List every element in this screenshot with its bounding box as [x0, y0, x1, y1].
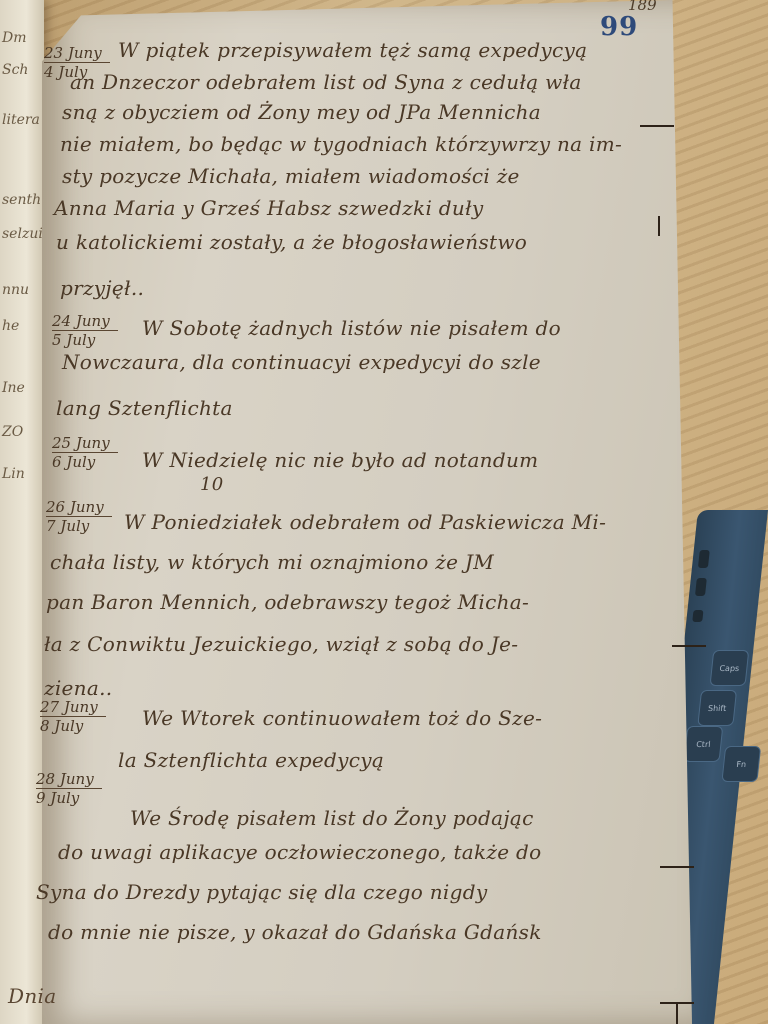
entry-date: 26 Juny 7 July	[46, 498, 112, 535]
left-page-fragment: Dm	[2, 30, 27, 46]
left-page-fragment: he	[2, 318, 19, 334]
key-shift: Shift	[697, 690, 737, 726]
manuscript-line: ziena..	[44, 676, 112, 700]
margin-dash-mark	[640, 125, 674, 127]
date-new-style: 7 July	[46, 517, 112, 535]
usb-c-port-icon	[692, 610, 703, 622]
manuscript-line: nie miałem, bo będąc w tygodniach którzy…	[60, 132, 622, 156]
usb-port-icon	[698, 550, 710, 568]
manuscript-line: an Dnzeczor odebrałem list od Syna z ced…	[70, 70, 582, 94]
entry-date: 24 Juny 5 July	[52, 312, 118, 349]
manuscript-line: W Niedzielę nic nie było ad notandum	[142, 448, 538, 472]
key-ctrl: Ctrl	[684, 726, 724, 762]
date-new-style: 5 July	[52, 331, 118, 349]
date-old-style: 26 Juny	[46, 498, 112, 517]
manuscript-line: pan Baron Mennich, odebrawszy tegoż Mich…	[46, 590, 529, 614]
manuscript-line: W Sobotę żadnych listów nie pisałem do	[142, 316, 561, 340]
manuscript-line: sty pozycze Michała, miałem wiadomości ż…	[62, 164, 520, 188]
key-fn: Fn	[721, 746, 761, 782]
inline-numeral: 10	[200, 474, 224, 495]
key-caps: Caps	[710, 650, 750, 686]
manuscript-line: sną z obycziem od Żony mey od JPa Mennic…	[62, 100, 541, 124]
margin-bar-mark	[658, 216, 660, 236]
left-page-fragment: senth	[2, 192, 41, 208]
manuscript-line: W piątek przepisywałem tęż samą expedycy…	[118, 38, 587, 62]
manuscript-line: lang Sztenflichta	[56, 396, 233, 420]
manuscript-line: We Środę pisałem list do Żony podając	[130, 806, 534, 830]
left-facing-page: Dm Sch litera senth selzuilu nnu he Ine …	[0, 0, 44, 1024]
date-old-style: 28 Juny	[36, 770, 102, 789]
usb-port-icon	[695, 578, 707, 596]
date-new-style: 6 July	[52, 453, 118, 471]
date-old-style: 27 Juny	[40, 698, 106, 717]
left-page-fragment: litera	[2, 112, 40, 128]
left-page-fragment: nnu	[2, 282, 29, 298]
manuscript-line: chała listy, w których mi oznajmiono że …	[50, 550, 494, 574]
date-old-style: 24 Juny	[52, 312, 118, 331]
manuscript-line: do mnie nie pisze, y okazał do Gdańska G…	[48, 920, 542, 944]
left-page-fragment: Ine	[2, 380, 25, 396]
manuscript-line: u katolickiemi zostały, a że błogosławie…	[56, 230, 527, 254]
manuscript-line: Anna Maria y Grześ Habsz szwedzki duły	[54, 196, 483, 220]
margin-dash-mark	[660, 866, 694, 868]
page-number-stamp: 99	[600, 12, 638, 42]
margin-bar-mark	[676, 1004, 678, 1024]
footer-fragment: Dnia	[8, 984, 56, 1008]
manuscript-line: przyjęł..	[60, 276, 144, 300]
manuscript-line: Nowczaura, dla continuacyi expedycyi do …	[62, 350, 541, 374]
date-old-style: 25 Juny	[52, 434, 118, 453]
entry-date: 28 Juny 9 July	[36, 770, 102, 807]
left-page-fragment: ZO	[2, 424, 23, 440]
left-page-fragment: Sch	[2, 62, 28, 78]
left-page-fragment: selzuilu	[2, 226, 44, 242]
manuscript-line: ła z Conwiktu Jezuickiego, wziął z sobą …	[44, 632, 518, 656]
manuscript-line: do uwagi aplikacye oczłowieczonego, takż…	[58, 840, 542, 864]
date-new-style: 8 July	[40, 717, 106, 735]
date-old-style: 23 Juny	[44, 44, 110, 63]
manuscript-line: We Wtorek continuowałem toż do Sze-	[142, 706, 542, 730]
left-page-fragment: Lin	[2, 466, 25, 482]
entry-date: 27 Juny 8 July	[40, 698, 106, 735]
date-new-style: 9 July	[36, 789, 102, 807]
margin-dash-mark	[672, 645, 706, 647]
manuscript-line: W Poniedziałek odebrałem od Paskiewicza …	[124, 510, 606, 534]
entry-date: 25 Juny 6 July	[52, 434, 118, 471]
manuscript-line: la Sztenflichta expedycyą	[118, 748, 384, 772]
manuscript-line: Syna do Drezdy pytając się dla czego nig…	[36, 880, 487, 904]
